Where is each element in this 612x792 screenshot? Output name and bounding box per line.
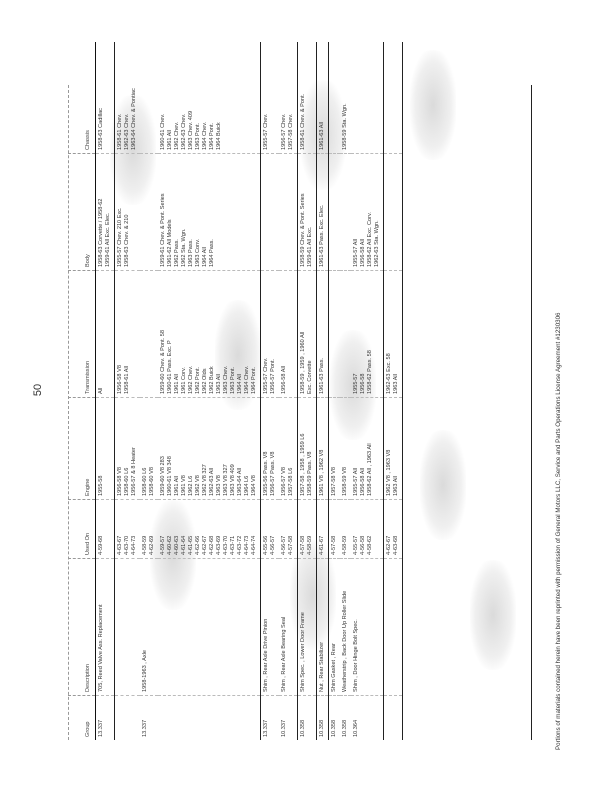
cell-line: 1962 Olds bbox=[202, 274, 209, 394]
cell-line: 4-60-62 bbox=[167, 503, 174, 555]
cell-body bbox=[279, 154, 298, 271]
cell-line: 4-58-59 bbox=[342, 503, 349, 555]
cell-line: 4-57-58 bbox=[300, 503, 307, 555]
cell-line: 4-55-56 bbox=[263, 503, 270, 555]
cell-chassis bbox=[140, 42, 158, 154]
cell-line: 1961-63 All bbox=[319, 45, 326, 150]
cell-line: 1961 Corv. bbox=[181, 274, 188, 394]
cell-line: 1961 All bbox=[174, 401, 181, 496]
cell-line: 1961 All bbox=[167, 45, 174, 150]
cell-line: 1956-57 Pont. bbox=[270, 274, 277, 394]
header-used-on: Used On bbox=[68, 500, 96, 559]
cell-chassis: 1956-57 Chev.1957-58 Chev. bbox=[279, 42, 298, 154]
cell-chassis: 1958-59 Sta. Wgn. bbox=[340, 42, 351, 154]
cell-body bbox=[140, 154, 158, 271]
cell-engine: 1955-58 bbox=[96, 398, 115, 500]
cell-transmission: 1956-58 All bbox=[279, 271, 298, 398]
cell-line: 1963 All bbox=[393, 274, 400, 394]
cell-description: 705, Reed Valve Ass. Replacement bbox=[96, 559, 115, 696]
cell-description: Shim , Rear Axle Bearing Seal bbox=[279, 559, 298, 696]
cell-line: 1963 All bbox=[393, 401, 400, 496]
cell-description: Weatherstrip , Back Door Up Roller Slide bbox=[340, 559, 351, 696]
cell-line: 1955-57 All bbox=[353, 401, 360, 496]
cell-line: 1958-60 V8 bbox=[149, 401, 156, 496]
cell-chassis: 1961-63 All bbox=[317, 42, 329, 154]
license-footer: Portions of materials contained herein h… bbox=[555, 70, 562, 750]
cell-line: 1958-1963 , Axle bbox=[142, 562, 149, 692]
cell-description bbox=[115, 559, 141, 696]
cell-line: 1957-58 Chev. bbox=[288, 45, 295, 150]
cell-line: 1964 Pont. bbox=[209, 45, 216, 150]
cell-transmission bbox=[329, 271, 341, 398]
cell-line: 4-58-59 bbox=[142, 503, 149, 555]
cell-transmission: 1956-58 V81958-61 All bbox=[115, 271, 141, 398]
cell-group: 13.337 bbox=[261, 696, 280, 741]
cell-line: 1959-61 Chev. & Pont. Series bbox=[160, 157, 167, 267]
cell-line: 4-61-67 bbox=[319, 503, 326, 555]
cell-line: 1964 Chev. bbox=[244, 274, 251, 394]
table-row: 10.358Shim Spec. , Lower Door Frame4-57-… bbox=[298, 42, 317, 740]
cell-line: 4-62-66 bbox=[195, 503, 202, 555]
cell-body: 1955-57 Chev. 210 Exc.1958-63 Chev. & 21… bbox=[115, 154, 141, 271]
cell-engine: 1962 V8 , 1963 V81963 All bbox=[384, 398, 403, 500]
cell-line: Nut , Rear Stabilizer bbox=[319, 562, 326, 692]
cell-used-on: 4-59-68 bbox=[96, 500, 115, 559]
cell-chassis bbox=[351, 42, 384, 154]
cell-line: 1962 Chev. bbox=[188, 274, 195, 394]
table-row: 10.358Shim Gasket , Rear4-57-581957-58 V… bbox=[329, 42, 341, 740]
cell-line: 4-62-67 bbox=[202, 503, 209, 555]
cell-line: 1955-57 Chev. 210 Exc. bbox=[117, 157, 124, 267]
cell-chassis: 1960-61 Chev.1961 All1962 Chev.1962-63 C… bbox=[158, 42, 261, 154]
table-row: 4-63-674-63-704-64-731956-58 V81958-60 L… bbox=[115, 42, 141, 740]
cell-line: 1961-63 Pass. Exc. Elec. bbox=[319, 157, 326, 267]
cell-line: 1956-58 V8 bbox=[117, 401, 124, 496]
table-row: 13.337705, Reed Valve Ass. Replacement4-… bbox=[96, 42, 115, 740]
cell-body bbox=[340, 154, 351, 271]
cell-line: 1956-57 Pass. V8 bbox=[270, 401, 277, 496]
cell-line: 4-62-68 bbox=[209, 503, 216, 555]
cell-line: Shim , Rear Axle Bearing Seal bbox=[281, 562, 288, 692]
cell-line: 1955-57 Chev. bbox=[263, 45, 270, 150]
cell-line: 1962-63 Exc. 58 bbox=[386, 274, 393, 394]
cell-group: 10.358 bbox=[329, 696, 341, 741]
cell-line: 1958-60 L6 bbox=[142, 401, 149, 496]
cell-line: 705, Reed Valve Ass. Replacement bbox=[98, 562, 105, 692]
page-number: 50 bbox=[32, 384, 44, 396]
cell-line: 1964 Pass. bbox=[209, 157, 216, 267]
cell-transmission: 1958-59 , 1959 , 1960 AllExc. Corvette bbox=[298, 271, 317, 398]
cell-group: 10.337 bbox=[279, 696, 298, 741]
cell-group: 10.358 bbox=[317, 696, 329, 741]
cell-transmission: 1962-63 Exc. 581963 All bbox=[384, 271, 403, 398]
cell-body: 1958-59 Chev. & Pont. Series1959-61 All … bbox=[298, 154, 317, 271]
cell-description: Shim Spec. , Lower Door Frame bbox=[298, 559, 317, 696]
cell-description: 1958-1963 , Axle bbox=[140, 559, 158, 696]
cell-line: 1958-62 All , 1963 All bbox=[367, 401, 374, 496]
cell-group: 10.364 bbox=[351, 696, 384, 741]
cell-description bbox=[384, 559, 403, 696]
cell-used-on: 4-59-574-60-624-60-634-61-644-61-654-62-… bbox=[158, 500, 261, 559]
table-row: 10.358Nut , Rear Stabilizer4-61-671961 V… bbox=[317, 42, 329, 740]
cell-line: 1958-61 Chev. & Pont. bbox=[300, 45, 307, 150]
cell-body: 1959-61 Chev. & Pont. Series1961-62 All … bbox=[158, 154, 261, 271]
header-description: Description bbox=[68, 559, 96, 696]
cell-line: 4-55-57 bbox=[353, 503, 360, 555]
table-row: 4-59-574-60-624-60-634-61-644-61-654-62-… bbox=[158, 42, 261, 740]
table-row: 13.337Shim , Rear Axle Drive Pinion4-55-… bbox=[261, 42, 280, 740]
cell-line: 1964 Chev. bbox=[202, 45, 209, 150]
cell-line: 1960-61 Pass. Exc. P bbox=[167, 274, 174, 394]
table-header-row: Group Description Used On Engine Transmi… bbox=[68, 42, 96, 740]
cell-line: 4-62-69 bbox=[149, 503, 156, 555]
cell-body bbox=[384, 154, 403, 271]
cell-line: 1958-59 Chev. & Pont. Series bbox=[300, 157, 307, 267]
cell-chassis: 1958-61 Chev. & Pont. bbox=[298, 42, 317, 154]
cell-line: 1962 Chev. bbox=[174, 45, 181, 150]
cell-engine: 1955-57 All1956-58 All1958-62 All , 1963… bbox=[351, 398, 384, 500]
cell-line: 1962-63 Chev. bbox=[181, 45, 188, 150]
cell-body bbox=[261, 154, 280, 271]
cell-line: 1958-60 L6 bbox=[124, 401, 131, 496]
cell-line: 1960-61 V8 348 bbox=[167, 401, 174, 496]
cell-chassis: 1955-57 Chev. bbox=[261, 42, 280, 154]
cell-line: 1958-59 Sta. Wgn. bbox=[342, 45, 349, 150]
cell-line: 1958-59 , 1959 , 1960 All bbox=[300, 274, 307, 394]
cell-line: 1962-63 Sta. Wgn. bbox=[374, 157, 381, 267]
cell-line: 4-63-72 bbox=[237, 503, 244, 555]
cell-line: 1963 V8 327 bbox=[223, 401, 230, 496]
cell-line: 1955-58 bbox=[98, 401, 105, 496]
cell-line: 1955-57 bbox=[353, 274, 360, 394]
cell-line: 1956-58 bbox=[360, 274, 367, 394]
cell-line: 1963 Conv. bbox=[195, 157, 202, 267]
cell-line: 4-56-57 bbox=[281, 503, 288, 555]
cell-description: Shim , Door Hinge Bolt Spec. bbox=[351, 559, 384, 696]
cell-chassis: 1958-61 Chev.1962-63 Chev.1963-64 Chev. … bbox=[115, 42, 141, 154]
table-row: 10.358Weatherstrip , Back Door Up Roller… bbox=[340, 42, 351, 740]
cell-body: 1961-63 Pass. Exc. Elec. bbox=[317, 154, 329, 271]
cell-line: 1961 V8 , 1962 V8 bbox=[319, 401, 326, 496]
cell-line: 1962 V8 , 1963 V8 bbox=[386, 401, 393, 496]
table-row: 13.3371958-1963 , Axle4-58-594-62-691958… bbox=[140, 42, 158, 740]
cell-line: 4-63-67 bbox=[117, 503, 124, 555]
cell-line: 4-61-65 bbox=[188, 503, 195, 555]
cell-line: 4-57-58 bbox=[288, 503, 295, 555]
cell-group: 13.337 bbox=[140, 696, 158, 741]
table-row: 4-62-674-63-681962 V8 , 1963 V81963 All1… bbox=[384, 42, 403, 740]
cell-line: 1964 All bbox=[237, 274, 244, 394]
cell-line: 1963 Chev. bbox=[223, 274, 230, 394]
cell-line: 1958-62 All Exc. Corv. bbox=[367, 157, 374, 267]
cell-group bbox=[158, 696, 261, 741]
cell-line: 1961 All bbox=[174, 274, 181, 394]
cell-line: 1962 L6 bbox=[188, 401, 195, 496]
cell-engine: 1958-60 L61958-60 V8 bbox=[140, 398, 158, 500]
table-body: 13.337705, Reed Valve Ass. Replacement4-… bbox=[96, 42, 403, 740]
cell-description: Nut , Rear Stabilizer bbox=[317, 559, 329, 696]
cell-line: 1961-62 All Models bbox=[167, 157, 174, 267]
cell-line: Shim , Rear Axle Drive Pinion bbox=[263, 562, 270, 692]
cell-chassis bbox=[329, 42, 341, 154]
cell-engine: 1961 V8 , 1962 V8 bbox=[317, 398, 329, 500]
cell-transmission: 1955-57 Chev.1956-57 Pont. bbox=[261, 271, 280, 398]
header-chassis: Chassis bbox=[68, 42, 96, 154]
cell-line: 1958-59 V8 bbox=[342, 401, 349, 496]
cell-line: 4-62-67 bbox=[386, 503, 393, 555]
cell-line: 4-58-59 bbox=[307, 503, 314, 555]
header-group: Group bbox=[68, 696, 96, 741]
header-transmission: Transmission bbox=[68, 271, 96, 398]
cell-line: 1963 Pass. bbox=[188, 157, 195, 267]
cell-chassis: 1958-63 Cadillac bbox=[96, 42, 115, 154]
cell-line: 1958-63 Cadillac bbox=[98, 45, 105, 150]
cell-line: 1955-57 Chev. bbox=[263, 274, 270, 394]
table-row: 10.337Shim , Rear Axle Bearing Seal4-56-… bbox=[279, 42, 298, 740]
cell-used-on: 4-57-584-58-59 bbox=[298, 500, 317, 559]
cell-line: 4-63-71 bbox=[230, 503, 237, 555]
cell-line: 1962 Pont. bbox=[195, 274, 202, 394]
cell-line: 1964 L6 bbox=[244, 401, 251, 496]
cell-line: 1956-57 V8 bbox=[281, 401, 288, 496]
cell-line: 1955-56 Pass. V8 bbox=[263, 401, 270, 496]
cell-line: 1958-59 Pass. V8 bbox=[307, 401, 314, 496]
cell-line: 4-57-58 bbox=[331, 503, 338, 555]
cell-line: 1956-58 All bbox=[281, 274, 288, 394]
cell-line: 1962 V8 327 bbox=[202, 401, 209, 496]
cell-line: 1956-58 All bbox=[360, 401, 367, 496]
cell-line: 1959-60 Chev. & Pont. 58 bbox=[160, 274, 167, 394]
cell-line: Shim Gasket , Rear bbox=[331, 562, 338, 692]
cell-group bbox=[384, 696, 403, 741]
cell-line: 1963-64 Chev. & Pontiac bbox=[131, 45, 138, 150]
cell-body: 1958-63 Corvette / 1958-621959-61 All Ex… bbox=[96, 154, 115, 271]
cell-line: 1963 All bbox=[216, 274, 223, 394]
cell-line: 1962 Buick bbox=[209, 274, 216, 394]
cell-line: 1961 V8 bbox=[181, 401, 188, 496]
cell-line: Exc. Corvette bbox=[307, 274, 314, 394]
cell-used-on: 4-63-674-63-704-64-73 bbox=[115, 500, 141, 559]
cell-engine: 1957-58 V8 bbox=[329, 398, 341, 500]
cell-transmission bbox=[340, 271, 351, 398]
cell-line: 1963 Pont. bbox=[195, 45, 202, 150]
cell-engine: 1958-59 V8 bbox=[340, 398, 351, 500]
cell-line: Shim , Door Hinge Bolt Spec. bbox=[353, 562, 360, 692]
cell-used-on: 4-55-564-56-57 bbox=[261, 500, 280, 559]
cell-line: 1957-58 L6 bbox=[288, 401, 295, 496]
cell-line: 1958-62 Pass. 58 bbox=[367, 274, 374, 394]
table-row: 10.364Shim , Door Hinge Bolt Spec.4-55-5… bbox=[351, 42, 384, 740]
cell-line: 1964 All bbox=[202, 157, 209, 267]
cell-line: 1958-63 Corvette / 1958-62 bbox=[98, 157, 105, 267]
cell-used-on: 4-58-59 bbox=[340, 500, 351, 559]
cell-used-on: 4-61-67 bbox=[317, 500, 329, 559]
cell-line: 1956-58 V8 bbox=[117, 274, 124, 394]
cell-engine: 1955-56 Pass. V81956-57 Pass. V8 bbox=[261, 398, 280, 500]
cell-line: 4-63-70 bbox=[223, 503, 230, 555]
header-engine: Engine bbox=[68, 398, 96, 500]
cell-line: 1964 Pont. bbox=[251, 274, 258, 394]
cell-line: 1962-63 Chev. bbox=[124, 45, 131, 150]
cell-line: 1962 Sta. Wgn. bbox=[181, 157, 188, 267]
cell-line: 4-64-74 bbox=[251, 503, 258, 555]
cell-transmission: 1959-60 Chev. & Pont. 581960-61 Pass. Ex… bbox=[158, 271, 261, 398]
cell-used-on: 4-62-674-63-68 bbox=[384, 500, 403, 559]
cell-line: 1957-58 , 1958 , 1959 L6 bbox=[300, 401, 307, 496]
cell-description bbox=[158, 559, 261, 696]
cell-line: 4-59-57 bbox=[160, 503, 167, 555]
cell-line: 4-61-64 bbox=[181, 503, 188, 555]
cell-line: 4-60-63 bbox=[174, 503, 181, 555]
cell-line: 1959-61 All Exc. Elec. bbox=[105, 157, 112, 267]
cell-line: 1962 Pass. bbox=[174, 157, 181, 267]
cell-line: 1956-57 Chev. bbox=[281, 45, 288, 150]
cell-line: 1958-61 All bbox=[124, 274, 131, 394]
cell-used-on: 4-57-58 bbox=[329, 500, 341, 559]
parts-table: Group Description Used On Engine Transmi… bbox=[68, 42, 403, 740]
cell-line: 1955-57 All bbox=[353, 157, 360, 267]
cell-line: 1957-58 V8 bbox=[331, 401, 338, 496]
cell-used-on: 4-55-574-56-584-58-62 bbox=[351, 500, 384, 559]
cell-line: 4-63-69 bbox=[216, 503, 223, 555]
cell-group: 10.358 bbox=[340, 696, 351, 741]
cell-group: 10.358 bbox=[298, 696, 317, 741]
cell-line: 1956-58 All bbox=[360, 157, 367, 267]
cell-line: 1958-63 Chev. & 210 bbox=[124, 157, 131, 267]
cell-group: 13.337 bbox=[96, 696, 115, 741]
cell-engine: 1956-58 V81958-60 L61956-57 & 8 Heater bbox=[115, 398, 141, 500]
parts-table-rotated: Group Description Used On Engine Transmi… bbox=[68, 90, 530, 740]
header-body: Body bbox=[68, 154, 96, 271]
cell-body: 1955-57 All1956-58 All1958-62 All Exc. C… bbox=[351, 154, 384, 271]
cell-engine: 1959-60 V8 2831960-61 V8 3481961 All1961… bbox=[158, 398, 261, 500]
cell-line: 4-56-58 bbox=[360, 503, 367, 555]
cell-used-on: 4-56-574-57-58 bbox=[279, 500, 298, 559]
cell-transmission bbox=[140, 271, 158, 398]
cell-line: 4-58-62 bbox=[367, 503, 374, 555]
cell-line: 1963 Pont. bbox=[230, 274, 237, 394]
cell-body bbox=[329, 154, 341, 271]
cell-line: 4-64-73 bbox=[244, 503, 251, 555]
cell-engine: 1956-57 V81957-58 L6 bbox=[279, 398, 298, 500]
cell-line: 1958-61 Chev. bbox=[117, 45, 124, 150]
cell-line: Weatherstrip , Back Door Up Roller Slide bbox=[342, 562, 349, 692]
cell-line: 1963-64 All bbox=[237, 401, 244, 496]
cell-line: Shim Spec. , Lower Door Frame bbox=[300, 562, 307, 692]
cell-transmission: 1961-63 Pass. bbox=[317, 271, 329, 398]
cell-line: 1963 V8 409 bbox=[230, 401, 237, 496]
cell-line: 1956-57 & 8 Heater bbox=[131, 401, 138, 496]
cell-chassis bbox=[384, 42, 403, 154]
cell-line: All bbox=[98, 274, 105, 394]
cell-line: 4-63-70 bbox=[124, 503, 131, 555]
cell-line: 1964 Buick bbox=[216, 45, 223, 150]
cell-line: 4-63-68 bbox=[393, 503, 400, 555]
cell-line: 1959-61 All Exc. bbox=[307, 157, 314, 267]
cell-line: 4-64-73 bbox=[131, 503, 138, 555]
cell-transmission: 1955-571956-581958-62 Pass. 58 bbox=[351, 271, 384, 398]
cell-line: 1963 V8 bbox=[216, 401, 223, 496]
cell-line: 4-59-68 bbox=[98, 503, 105, 555]
cell-line: 1962 V8 bbox=[195, 401, 202, 496]
cell-line: 4-56-57 bbox=[270, 503, 277, 555]
cell-line: 1962-63 All bbox=[209, 401, 216, 496]
cell-engine: 1957-58 , 1958 , 1959 L61958-59 Pass. V8 bbox=[298, 398, 317, 500]
cell-description: Shim Gasket , Rear bbox=[329, 559, 341, 696]
cell-line: 1964 V8 bbox=[251, 401, 258, 496]
cell-line: 1961-63 Pass. bbox=[319, 274, 326, 394]
cell-line: 1963 Chev. 409 bbox=[188, 45, 195, 150]
cell-group bbox=[115, 696, 141, 741]
cell-transmission: All bbox=[96, 271, 115, 398]
cell-description: Shim , Rear Axle Drive Pinion bbox=[261, 559, 280, 696]
cell-line: 1959-60 V8 283 bbox=[160, 401, 167, 496]
cell-used-on: 4-58-594-62-69 bbox=[140, 500, 158, 559]
cell-line: 1960-61 Chev. bbox=[160, 45, 167, 150]
